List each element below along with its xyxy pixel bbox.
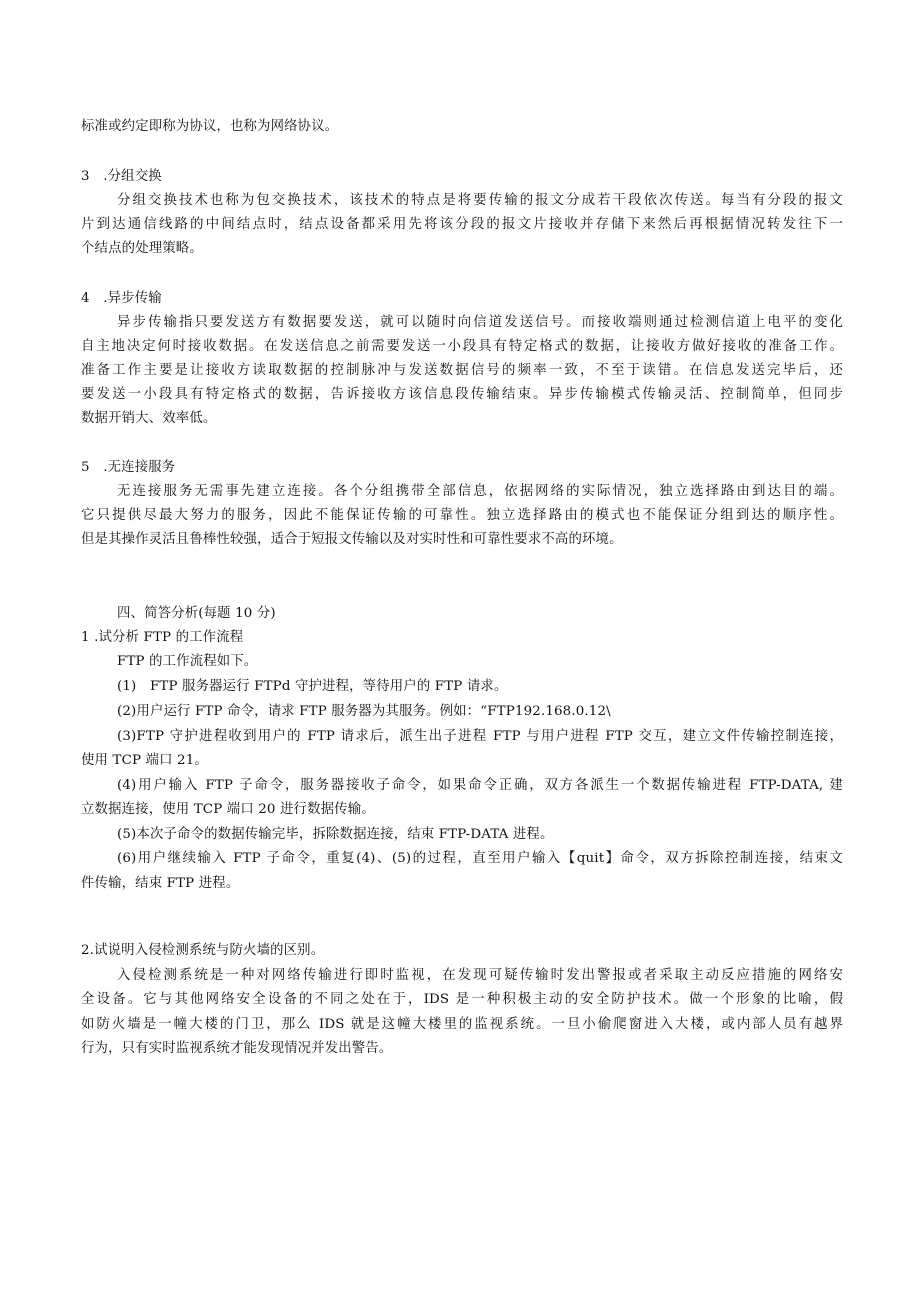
section-4-paragraph-line: 数据开销大、效率低。 bbox=[81, 410, 843, 428]
ftp-step-line: 件传输，结束 FTP 进程。 bbox=[81, 875, 843, 893]
question-1-intro: FTP 的工作流程如下。 bbox=[117, 653, 879, 671]
intro-tail-text: 标准或约定即称为协议，也称为网络协议。 bbox=[81, 118, 843, 136]
ftp-step-line: (6)用户继续输入 FTP 子命令，重复(4)、(5)的过程，直至用户输入【qu… bbox=[117, 850, 843, 868]
section-5-heading: 5 .无连接服务 bbox=[81, 459, 843, 477]
section-4-paragraph-line: 异步传输指只要发送方有数据要发送，就可以随时向信道发送信号。而接收端则通过检测信… bbox=[117, 314, 843, 332]
section-4-paragraph-line: 自主地决定何时接收数据。在发送信息之前需要发送一小段具有特定格式的数据，让接收方… bbox=[81, 338, 843, 356]
ftp-step-line: (2)用户运行 FTP 命令，请求 FTP 服务器为其服务。例如：“FTP192… bbox=[117, 703, 879, 721]
section-4-paragraph-line: 准备工作主要是让接收方读取数据的控制脉冲与发送数据信号的频率一致，不至于读错。在… bbox=[81, 362, 843, 380]
section-4-paragraph-line: 要发送一小段具有特定格式的数据，告诉接收方该信息段传输结束。异步传输模式传输灵活… bbox=[81, 386, 843, 404]
section-3-paragraph-line: 分组交换技术也称为包交换技术，该技术的特点是将要传输的报文分成若干段依次传送。每… bbox=[117, 192, 843, 210]
section-5-paragraph-line: 它只提供尽最大努力的服务，因此不能保证传输的可靠性。独立选择路由的模式也不能保证… bbox=[81, 507, 843, 525]
question-2-heading: 2.试说明入侵检测系统与防火墙的区别。 bbox=[81, 942, 843, 960]
question-2-paragraph-line: 全设备。它与其他网络安全设备的不同之处在于，IDS 是一种积极主动的安全防护技术… bbox=[81, 991, 843, 1009]
section-5-paragraph-line: 无连接服务无需事先建立连接。各个分组携带全部信息，依据网络的实际情况，独立选择路… bbox=[117, 483, 843, 501]
section-3-paragraph-line: 片到达通信线路的中间结点时，结点设备都采用先将该分段的报文片接收并存储下来然后再… bbox=[81, 216, 843, 234]
section-4-heading: 4 .异步传输 bbox=[81, 290, 843, 308]
ftp-step-line: 使用 TCP 端口 21。 bbox=[81, 752, 843, 770]
section-5-paragraph-line: 但是其操作灵活且鲁棒性较强，适合于短报文传输以及对实时性和可靠性要求不高的环境。 bbox=[81, 531, 843, 549]
question-2-paragraph-line: 行为，只有实时监视系统才能发现情况并发出警告。 bbox=[81, 1040, 843, 1058]
part-4-title: 四、简答分析(每题 10 分) bbox=[117, 605, 879, 623]
section-3-paragraph-line: 个结点的处理策略。 bbox=[81, 240, 843, 258]
question-1-heading: 1 .试分析 FTP 的工作流程 bbox=[81, 629, 843, 647]
ftp-step-line: (1) FTP 服务器运行 FTPd 守护进程，等待用户的 FTP 请求。 bbox=[117, 678, 879, 696]
ftp-step-line: (4)用户输入 FTP 子命令，服务器接收子命令，如果命令正确，双方各派生一个数… bbox=[117, 777, 843, 795]
ftp-step-line: (3)FTP 守护进程收到用户的 FTP 请求后，派生出子进程 FTP 与用户进… bbox=[117, 728, 843, 746]
ftp-step-line: (5)本次子命令的数据传输完毕，拆除数据连接，结束 FTP-DATA 进程。 bbox=[117, 826, 879, 844]
section-3-heading: 3 .分组交换 bbox=[81, 168, 843, 186]
question-2-paragraph-line: 入侵检测系统是一种对网络传输进行即时监视，在发现可疑传输时发出警报或者采取主动反… bbox=[117, 967, 843, 985]
question-2-paragraph-line: 如防火墙是一幢大楼的门卫，那么 IDS 就是这幢大楼里的监视系统。一旦小偷爬窗进… bbox=[81, 1016, 843, 1034]
ftp-step-line: 立数据连接，使用 TCP 端口 20 进行数据传输。 bbox=[81, 801, 843, 819]
